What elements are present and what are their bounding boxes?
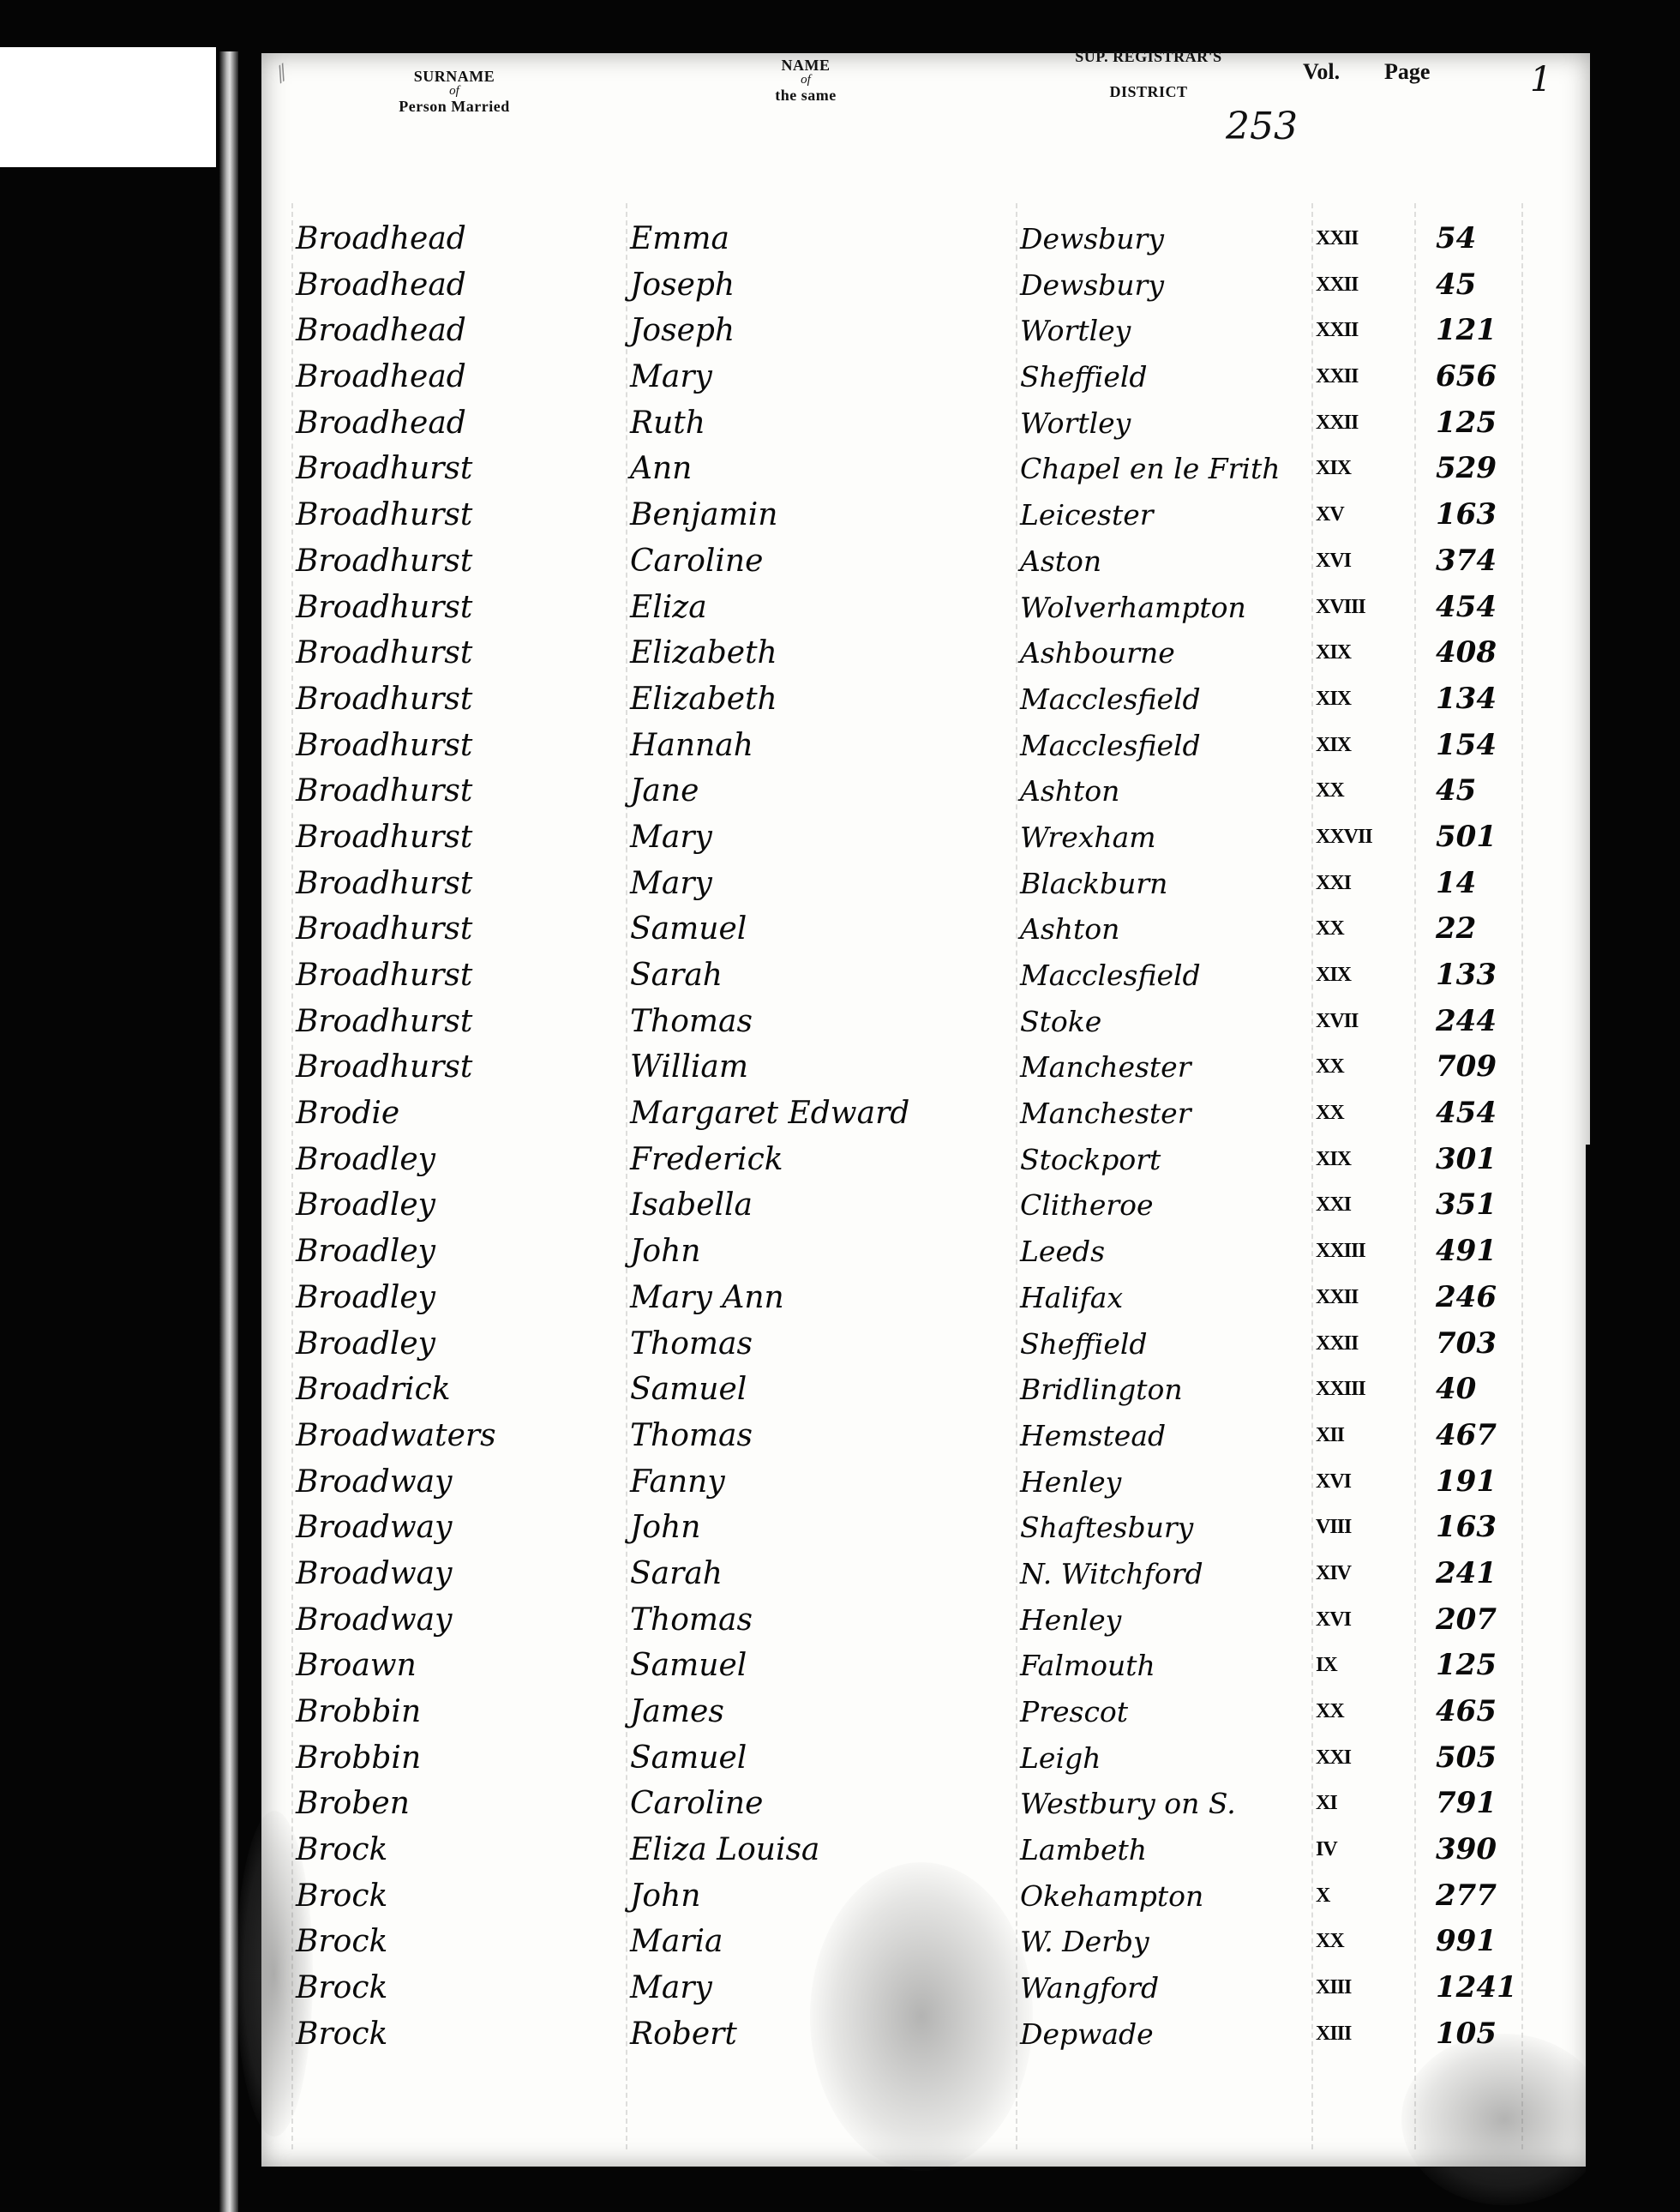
- entry-given-name: Samuel: [630, 1367, 747, 1412]
- entry-volume: XII: [1316, 1413, 1344, 1458]
- entry-volume: XXVII: [1316, 814, 1372, 860]
- entry-page: 467: [1436, 1413, 1497, 1458]
- entry-district: Chapel en le Frith: [1020, 446, 1280, 491]
- entry-page: 374: [1436, 538, 1497, 584]
- entry-volume: XX: [1316, 1689, 1344, 1734]
- entry-page: 491: [1436, 1229, 1497, 1274]
- register-entry-row: BroadwayThomasHenleyXVI207: [261, 1597, 1590, 1644]
- entry-volume: XXII: [1316, 216, 1358, 261]
- entry-district: Wortley: [1020, 308, 1131, 353]
- entry-surname: Broadley: [296, 1275, 435, 1320]
- entry-district: Depwade: [1020, 2011, 1154, 2057]
- register-entry-row: BroadhurstHannahMacclesfieldXIX154: [261, 723, 1590, 769]
- entry-volume: IX: [1316, 1643, 1337, 1688]
- entry-surname: Broadhurst: [296, 814, 472, 860]
- entry-surname: Broadhurst: [296, 861, 472, 906]
- register-entry-row: BroadhurstWilliamManchesterXX709: [261, 1044, 1590, 1091]
- register-entry-row: BrodieMargaret EdwardManchesterXX454: [261, 1091, 1590, 1137]
- entry-district: Blackburn: [1020, 861, 1167, 906]
- entry-surname: Brobbin: [296, 1689, 421, 1734]
- entry-surname: Broadhurst: [296, 953, 472, 998]
- register-entry-row: BroadhurstAnnChapel en le FrithXIX529: [261, 446, 1590, 492]
- entry-volume: XI: [1316, 1781, 1337, 1826]
- entry-surname: Brock: [296, 1827, 387, 1872]
- entry-surname: Broadhead: [296, 400, 466, 446]
- entry-page: 14: [1436, 861, 1476, 906]
- register-entry-row: BroadwatersThomasHemsteadXII467: [261, 1413, 1590, 1459]
- entry-district: Aston: [1020, 538, 1101, 584]
- register-entry-row: BrobbinJamesPrescotXX465: [261, 1689, 1590, 1735]
- entry-surname: Broadley: [296, 1229, 435, 1274]
- entry-district: Stockport: [1020, 1137, 1161, 1182]
- entry-district: Macclesfield: [1020, 723, 1201, 768]
- entry-district: Leeds: [1020, 1229, 1105, 1274]
- entry-district: Shaftesbury: [1020, 1505, 1193, 1550]
- register-entry-row: BroadhurstBenjaminLeicesterXV163: [261, 492, 1590, 538]
- register-entry-row: BroadrickSamuelBridlingtonXXIII40: [261, 1367, 1590, 1413]
- entry-given-name: William: [630, 1044, 748, 1090]
- entry-page: 125: [1436, 400, 1497, 446]
- entry-district: Dewsbury: [1020, 262, 1164, 308]
- entry-page: 709: [1436, 1044, 1497, 1090]
- district-number: 253: [1226, 105, 1298, 148]
- entry-surname: Brobbin: [296, 1735, 421, 1781]
- entry-volume: XX: [1316, 906, 1344, 952]
- entry-volume: XX: [1316, 1919, 1344, 1964]
- register-entry-row: BroadheadJosephWortleyXXII121: [261, 308, 1590, 354]
- register-entry-row: BroadheadRuthWortleyXXII125: [261, 400, 1590, 447]
- entry-surname: Broben: [296, 1781, 410, 1826]
- entry-volume: XVI: [1316, 1597, 1351, 1643]
- register-entry-row: BroadhurstMaryWrexhamXXVII501: [261, 814, 1590, 861]
- entry-volume: XVI: [1316, 1459, 1351, 1505]
- entry-surname: Broadley: [296, 1182, 435, 1228]
- entry-district: Henley: [1020, 1459, 1121, 1505]
- register-entry-row: BroadleyFrederickStockportXIX301: [261, 1137, 1590, 1183]
- entry-page: 656: [1436, 354, 1497, 400]
- entry-surname: Broadhead: [296, 262, 466, 308]
- register-entry-row: BroadhurstSarahMacclesfieldXIX133: [261, 953, 1590, 999]
- entry-given-name: Thomas: [630, 1413, 753, 1458]
- folio-mark: 1: [1530, 60, 1551, 99]
- register-entry-row: BroadhurstThomasStokeXVII244: [261, 999, 1590, 1045]
- entry-volume: XXIII: [1316, 1367, 1365, 1412]
- register-entry-row: BrockMariaW. DerbyXX991: [261, 1919, 1590, 1965]
- header-page: Page: [1384, 60, 1430, 83]
- entry-surname: Broadhurst: [296, 538, 472, 584]
- entry-page: 505: [1436, 1735, 1497, 1781]
- register-entry-row: BroadleyJohnLeedsXXIII491: [261, 1229, 1590, 1275]
- register-entry-row: BroadheadJosephDewsburyXXII45: [261, 262, 1590, 309]
- entry-given-name: Fanny: [630, 1459, 725, 1505]
- entry-given-name: Samuel: [630, 1643, 747, 1688]
- entry-given-name: Mary: [630, 814, 712, 860]
- entry-volume: XXII: [1316, 400, 1358, 446]
- register-entry-row: BroadleyThomasSheffieldXXII703: [261, 1321, 1590, 1367]
- entry-page: 40: [1436, 1367, 1476, 1412]
- register-entry-row: BrockJohnOkehamptonX277: [261, 1873, 1590, 1920]
- entry-given-name: Elizabeth: [630, 676, 777, 722]
- register-header: SURNAME of Person Married NAME of the sa…: [261, 53, 1590, 199]
- entry-given-name: Ruth: [630, 400, 705, 446]
- entry-given-name: Eliza Louisa: [630, 1827, 819, 1872]
- entry-page: 454: [1436, 585, 1497, 630]
- register-entry-row: BroadwayJohnShaftesburyVIII163: [261, 1505, 1590, 1551]
- entry-page: 408: [1436, 630, 1497, 676]
- entry-volume: XIX: [1316, 676, 1351, 722]
- entry-surname: Broadhurst: [296, 446, 472, 491]
- entry-volume: XIX: [1316, 446, 1351, 491]
- entry-volume: XV: [1316, 492, 1344, 538]
- header-name: NAME of the same: [750, 57, 861, 104]
- entry-surname: Brock: [296, 1919, 387, 1964]
- entry-surname: Brock: [296, 1965, 387, 2011]
- register-entry-row: BroadleyMary AnnHalifaxXXII246: [261, 1275, 1590, 1321]
- entry-given-name: Isabella: [630, 1182, 753, 1228]
- entry-volume: XVII: [1316, 999, 1358, 1044]
- entry-page: 277: [1436, 1873, 1497, 1919]
- entry-given-name: Caroline: [630, 538, 763, 584]
- entry-given-name: Thomas: [630, 999, 753, 1044]
- entry-volume: XXI: [1316, 861, 1351, 906]
- entry-volume: IV: [1316, 1827, 1337, 1872]
- entry-surname: Broadhead: [296, 354, 466, 400]
- entry-given-name: Ann: [630, 446, 692, 491]
- entry-surname: Brock: [296, 2011, 387, 2057]
- entry-district: Wangford: [1020, 1965, 1159, 2011]
- entry-given-name: Maria: [630, 1919, 723, 1964]
- entry-surname: Broadway: [296, 1551, 452, 1596]
- register-entry-row: BroadheadEmmaDewsburyXXII54: [261, 216, 1590, 262]
- entry-given-name: Elizabeth: [630, 630, 777, 676]
- entry-district: Ashbourne: [1020, 630, 1175, 676]
- register-entry-row: BroadhurstElizabethMacclesfieldXIX134: [261, 676, 1590, 723]
- entry-district: Bridlington: [1020, 1367, 1183, 1412]
- entry-district: Sheffield: [1020, 354, 1148, 400]
- entry-surname: Broadhurst: [296, 906, 472, 952]
- entry-given-name: John: [630, 1229, 700, 1274]
- entry-page: 465: [1436, 1689, 1497, 1734]
- entry-page: 163: [1436, 1505, 1497, 1550]
- entry-volume: XX: [1316, 1044, 1344, 1090]
- entry-given-name: Mary: [630, 1965, 712, 2011]
- entry-page: 54: [1436, 216, 1476, 261]
- register-entry-row: BroadheadMarySheffieldXXII656: [261, 354, 1590, 400]
- entry-given-name: Hannah: [630, 723, 753, 768]
- entry-given-name: Joseph: [630, 308, 735, 353]
- entry-page: 301: [1436, 1137, 1497, 1182]
- entry-surname: Broadhurst: [296, 768, 472, 814]
- register-entry-row: BrockEliza LouisaLambethIV390: [261, 1827, 1590, 1873]
- entry-volume: XIX: [1316, 1137, 1351, 1182]
- entry-surname: Broadley: [296, 1321, 435, 1367]
- register-entry-row: BroadhurstJaneAshtonXX45: [261, 768, 1590, 814]
- entry-volume: XIX: [1316, 723, 1351, 768]
- entry-volume: XXII: [1316, 1321, 1358, 1367]
- entry-given-name: John: [630, 1873, 700, 1919]
- entry-surname: Broadway: [296, 1505, 452, 1550]
- entry-volume: XX: [1316, 768, 1344, 814]
- entry-page: 121: [1436, 308, 1497, 353]
- entry-district: Leicester: [1020, 492, 1154, 538]
- entry-given-name: Sarah: [630, 1551, 723, 1596]
- entry-district: Manchester: [1020, 1091, 1191, 1136]
- entry-volume: XXII: [1316, 262, 1358, 308]
- register-entry-row: BroadhurstSamuelAshtonXX22: [261, 906, 1590, 953]
- entry-surname: Brodie: [296, 1091, 399, 1136]
- entry-volume: XXII: [1316, 1275, 1358, 1320]
- entry-district: Manchester: [1020, 1044, 1191, 1090]
- entry-page: 133: [1436, 953, 1497, 998]
- entry-given-name: Benjamin: [630, 492, 777, 538]
- entry-page: 703: [1436, 1321, 1497, 1367]
- register-entry-row: BroadhurstElizabethAshbourneXIX408: [261, 630, 1590, 676]
- entry-volume: X: [1316, 1873, 1329, 1919]
- entry-given-name: Joseph: [630, 262, 735, 308]
- register-entry-row: BrobenCarolineWestbury on S.XI791: [261, 1781, 1590, 1827]
- entry-district: W. Derby: [1020, 1919, 1149, 1964]
- entry-surname: Broadrick: [296, 1367, 451, 1412]
- entry-district: Wortley: [1020, 400, 1131, 446]
- entry-volume: VIII: [1316, 1505, 1351, 1550]
- entry-given-name: Robert: [630, 2011, 737, 2057]
- entry-surname: Broadhurst: [296, 999, 472, 1044]
- entry-surname: Broadhurst: [296, 1044, 472, 1090]
- entry-page: 154: [1436, 723, 1497, 768]
- entry-volume: XIX: [1316, 953, 1351, 998]
- entry-given-name: Caroline: [630, 1781, 763, 1826]
- entry-given-name: Jane: [630, 768, 699, 814]
- register-entry-row: BroadwaySarahN. WitchfordXIV241: [261, 1551, 1590, 1597]
- entry-given-name: Eliza: [630, 585, 707, 630]
- page-binding-edge: [219, 51, 238, 2212]
- entry-district: Hemstead: [1020, 1413, 1166, 1458]
- entry-district: Wrexham: [1020, 814, 1156, 860]
- entry-surname: Broadley: [296, 1137, 435, 1182]
- entry-district: Macclesfield: [1020, 676, 1201, 722]
- entry-surname: Broadway: [296, 1597, 452, 1643]
- register-entry-row: BroawnSamuelFalmouthIX125: [261, 1643, 1590, 1689]
- entry-given-name: Margaret Edward: [630, 1091, 909, 1136]
- entry-volume: XIII: [1316, 1965, 1351, 2011]
- entry-district: Leigh: [1020, 1735, 1101, 1781]
- entry-given-name: Frederick: [630, 1137, 783, 1182]
- header-surname: SURNAME of Person Married: [381, 69, 527, 115]
- register-entry-row: BroadleyIsabellaClitheroeXXI351: [261, 1182, 1590, 1229]
- entry-page: 191: [1436, 1459, 1497, 1505]
- page-edge-shadow: [1586, 1145, 1680, 2212]
- entry-district: Ashton: [1020, 906, 1119, 952]
- entry-volume: XVI: [1316, 538, 1351, 584]
- entry-surname: Broadway: [296, 1459, 452, 1505]
- entry-page: 207: [1436, 1597, 1497, 1643]
- entry-district: Okehampton: [1020, 1873, 1203, 1919]
- entry-surname: Brock: [296, 1873, 387, 1919]
- entry-district: Westbury on S.: [1020, 1781, 1236, 1826]
- entry-given-name: Mary: [630, 861, 712, 906]
- register-entry-row: BroadwayFannyHenleyXVI191: [261, 1459, 1590, 1506]
- entry-volume: XIX: [1316, 630, 1351, 676]
- entry-district: Falmouth: [1020, 1643, 1155, 1688]
- film-label-strip: [0, 47, 216, 167]
- entry-district: Halifax: [1020, 1275, 1123, 1320]
- entry-district: Sheffield: [1020, 1321, 1148, 1367]
- entry-volume: XXIII: [1316, 1229, 1365, 1274]
- entry-page: 1241: [1436, 1965, 1517, 2011]
- entry-page: 105: [1436, 2011, 1497, 2057]
- header-vol: Vol.: [1303, 60, 1340, 83]
- entry-page: 529: [1436, 446, 1497, 491]
- paper-stain: [1401, 2034, 1607, 2205]
- entry-given-name: Samuel: [630, 1735, 747, 1781]
- entry-district: Wolverhampton: [1020, 585, 1246, 630]
- entry-district: Dewsbury: [1020, 216, 1164, 261]
- entry-volume: XX: [1316, 1091, 1344, 1136]
- entry-page: 991: [1436, 1919, 1497, 1964]
- entry-district: N. Witchford: [1020, 1551, 1203, 1596]
- register-entries: BroadheadEmmaDewsburyXXII54BroadheadJose…: [261, 216, 1590, 2058]
- entry-given-name: James: [630, 1689, 724, 1734]
- entry-page: 791: [1436, 1781, 1497, 1826]
- entry-given-name: Mary: [630, 354, 712, 400]
- register-entry-row: BrockRobertDepwadeXIII105: [261, 2011, 1590, 2058]
- register-entry-row: BrockMaryWangfordXIII1241: [261, 1965, 1590, 2011]
- entry-page: 246: [1436, 1275, 1497, 1320]
- entry-volume: XVIII: [1316, 585, 1365, 630]
- entry-district: Ashton: [1020, 768, 1119, 814]
- entry-surname: Broadhurst: [296, 492, 472, 538]
- entry-given-name: Samuel: [630, 906, 747, 952]
- entry-page: 45: [1436, 768, 1476, 814]
- entry-given-name: Sarah: [630, 953, 723, 998]
- entry-district: Stoke: [1020, 999, 1101, 1044]
- entry-page: 390: [1436, 1827, 1497, 1872]
- entry-page: 241: [1436, 1551, 1497, 1596]
- register-entry-row: BroadhurstMaryBlackburnXXI14: [261, 861, 1590, 907]
- entry-page: 351: [1436, 1182, 1497, 1228]
- entry-volume: XXI: [1316, 1735, 1351, 1781]
- entry-district: Lambeth: [1020, 1827, 1147, 1872]
- register-entry-row: BrobbinSamuelLeighXXI505: [261, 1735, 1590, 1782]
- entry-volume: XIV: [1316, 1551, 1351, 1596]
- entry-given-name: Thomas: [630, 1321, 753, 1367]
- register-entry-row: BroadhurstCarolineAstonXVI374: [261, 538, 1590, 585]
- register-entry-row: BroadhurstElizaWolverhamptonXVIII454: [261, 585, 1590, 631]
- entry-given-name: Mary Ann: [630, 1275, 784, 1320]
- entry-volume: XXII: [1316, 308, 1358, 353]
- entry-district: Clitheroe: [1020, 1182, 1154, 1228]
- entry-surname: Broadhurst: [296, 723, 472, 768]
- entry-given-name: Thomas: [630, 1597, 753, 1643]
- entry-surname: Broadwaters: [296, 1413, 496, 1458]
- entry-volume: XIII: [1316, 2011, 1351, 2057]
- entry-surname: Broadhead: [296, 216, 466, 261]
- register-page: ⁄⁄ SURNAME of Person Married NAME of the…: [261, 53, 1590, 2167]
- entry-page: 501: [1436, 814, 1497, 860]
- entry-page: 22: [1436, 906, 1476, 952]
- entry-district: Prescot: [1020, 1689, 1128, 1734]
- entry-volume: XXI: [1316, 1182, 1351, 1228]
- entry-volume: XXII: [1316, 354, 1358, 400]
- entry-page: 45: [1436, 262, 1476, 308]
- entry-page: 125: [1436, 1643, 1497, 1688]
- header-district: SUP. REGISTRAR'S DISTRICT: [1054, 49, 1243, 100]
- entry-page: 244: [1436, 999, 1497, 1044]
- entry-surname: Broadhurst: [296, 630, 472, 676]
- entry-given-name: Emma: [630, 216, 729, 261]
- entry-given-name: John: [630, 1505, 700, 1550]
- entry-page: 134: [1436, 676, 1497, 722]
- entry-page: 454: [1436, 1091, 1497, 1136]
- entry-surname: Broawn: [296, 1643, 417, 1688]
- entry-district: Macclesfield: [1020, 953, 1201, 998]
- entry-page: 163: [1436, 492, 1497, 538]
- entry-district: Henley: [1020, 1597, 1121, 1643]
- entry-surname: Broadhurst: [296, 585, 472, 630]
- entry-surname: Broadhead: [296, 308, 466, 353]
- entry-surname: Broadhurst: [296, 676, 472, 722]
